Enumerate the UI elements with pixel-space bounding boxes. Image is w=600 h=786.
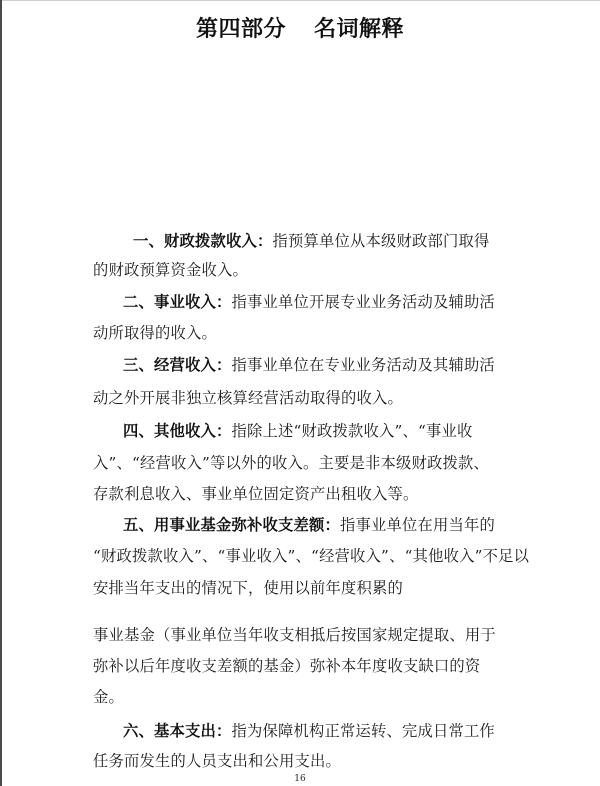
section-6-line-2: 任务而发生的人员支出和公用支出。 [93, 751, 533, 771]
section-4-term: 四、其他收入： [123, 422, 231, 440]
title-part: 第四部分 [196, 16, 286, 42]
title-name: 名词解释 [314, 16, 404, 42]
page-top-edge [0, 0, 600, 1]
section-3-line-1: 三、经营收入：指事业单位在专业业务活动及其辅助活 [123, 355, 563, 375]
section-6-line-1: 六、基本支出：指为保障机构正常运转、完成日常工作 [123, 721, 563, 741]
section-4-line-2: 入”、“经营收入”等以外的收入。主要是非本级财政拨款、 [93, 453, 533, 473]
section-5-text: 指事业单位在用当年的 [340, 516, 495, 534]
section-2-term: 二、事业收入： [123, 293, 231, 311]
section-5-line-4: 事业基金（事业单位当年收支相抵后按国家规定提取、用于 [93, 625, 533, 645]
section-5-line-1: 五、用事业基金弥补收支差额：指事业单位在用当年的 [123, 515, 563, 535]
section-5-line-2: “财政拨款收入”、“事业收入”、“经营收入”、“其他收入”不足以 [93, 546, 533, 566]
section-4-line-3: 存款利息收入、事业单位固定资产出租收入等。 [93, 484, 533, 504]
section-5-line-3: 安排当年支出的情况下，使用以前年度积累的 [93, 578, 533, 598]
page-number: 16 [0, 774, 600, 784]
section-2-line-2: 动所取得的收入。 [93, 323, 533, 343]
section-4-text: 指除上述“财政拨款收入”、“事业收 [231, 422, 472, 440]
section-3-term: 三、经营收入： [123, 356, 231, 374]
section-1-text: 指预算单位从本级财政部门取得 [272, 232, 489, 250]
section-1-line-2: 的财政预算资金收入。 [93, 260, 533, 280]
page-title: 第四部分名词解释 [0, 12, 600, 43]
section-4-line-1: 四、其他收入：指除上述“财政拨款收入”、“事业收 [123, 421, 563, 441]
section-5-term: 五、用事业基金弥补收支差额： [123, 516, 340, 534]
section-6-term: 六、基本支出： [123, 722, 231, 740]
section-3-line-2: 动之外开展非独立核算经营活动取得的收入。 [93, 388, 533, 408]
page-left-edge [0, 0, 2, 786]
section-2-line-1: 二、事业收入：指事业单位开展专业业务活动及辅助活 [123, 292, 563, 312]
section-3-text: 指事业单位在专业业务活动及其辅助活 [231, 356, 494, 374]
section-5-line-5: 弥补以后年度收支差额的基金）弥补本年度收支缺口的资 [93, 656, 533, 676]
section-5-line-6: 金。 [93, 687, 533, 707]
section-1-term: 一、财政拨款收入： [133, 232, 272, 250]
section-2-text: 指事业单位开展专业业务活动及辅助活 [231, 293, 494, 311]
section-6-text: 指为保障机构正常运转、完成日常工作 [231, 722, 494, 740]
section-1-line-1: 一、财政拨款收入：指预算单位从本级财政部门取得 [133, 231, 573, 251]
